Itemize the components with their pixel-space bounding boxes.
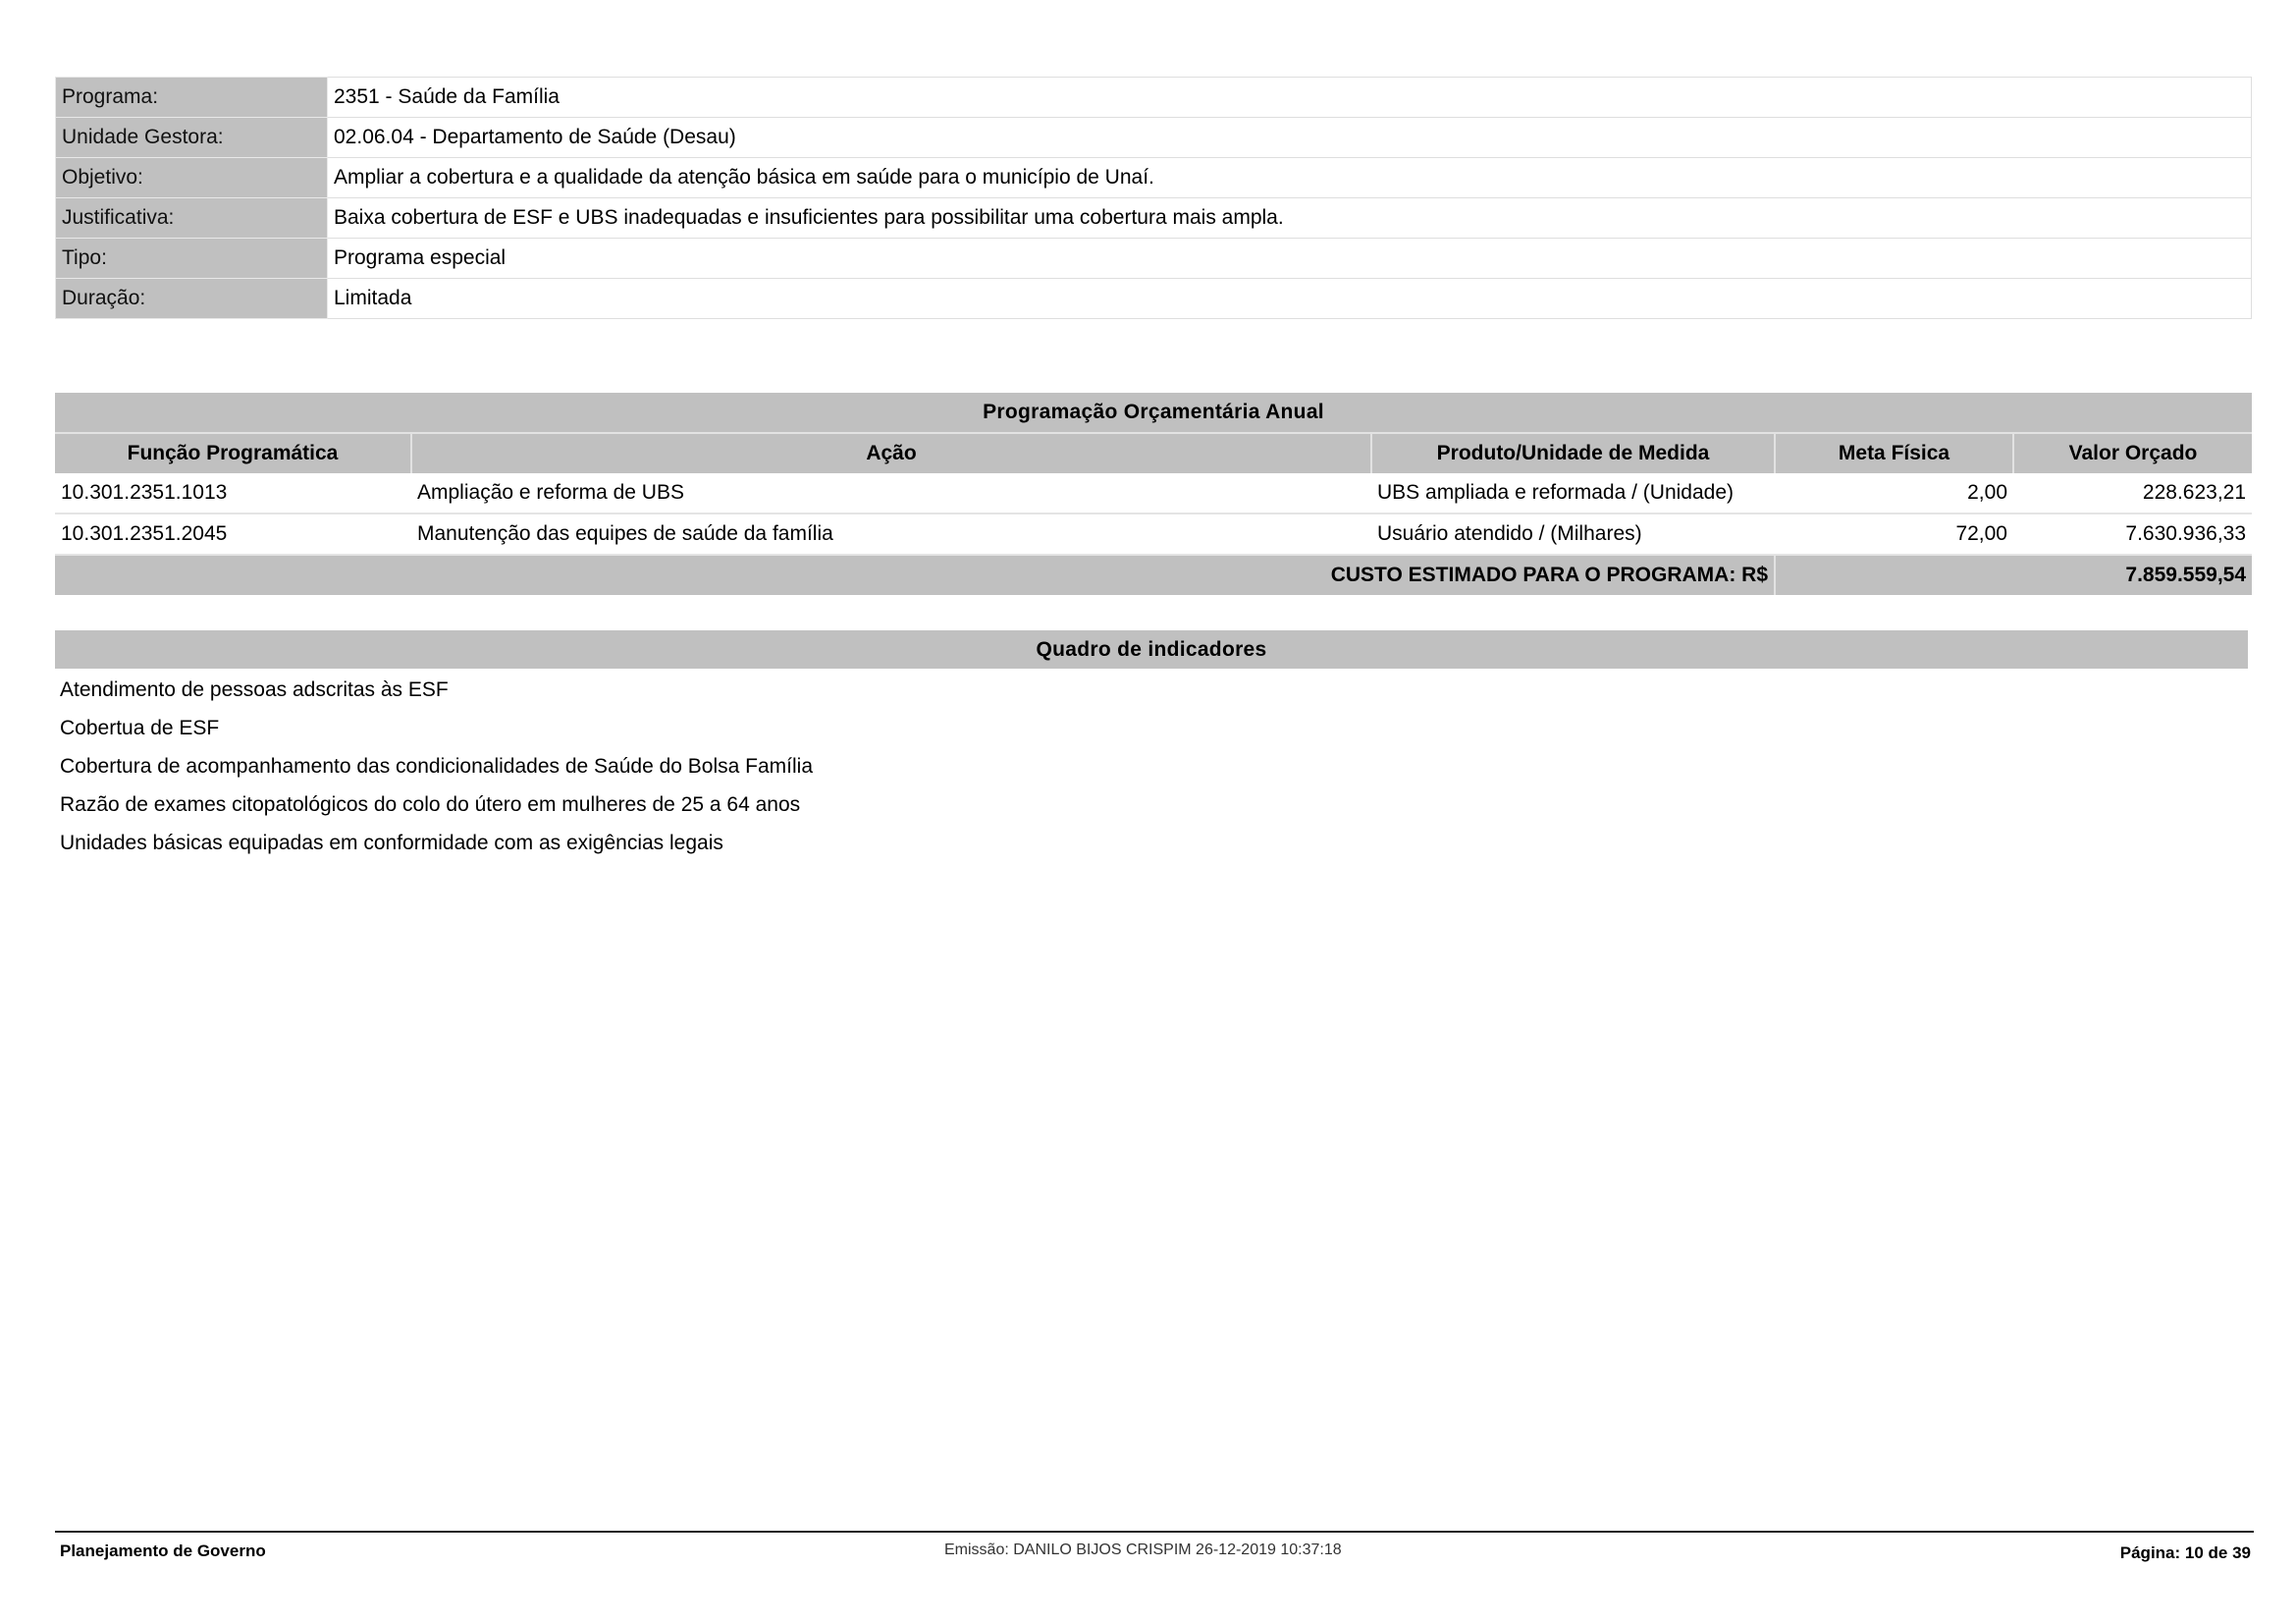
cell-produto: Usuário atendido / (Milhares) bbox=[1371, 514, 1775, 555]
info-row-tipo: Tipo: Programa especial bbox=[56, 239, 2252, 279]
cell-meta: 72,00 bbox=[1775, 514, 2013, 555]
info-value: 02.06.04 - Departamento de Saúde (Desau) bbox=[328, 118, 2252, 158]
budget-table: Programação Orçamentária Anual Função Pr… bbox=[55, 393, 2252, 595]
info-value: Programa especial bbox=[328, 239, 2252, 279]
info-label: Programa: bbox=[56, 78, 328, 118]
cell-acao: Ampliação e reforma de UBS bbox=[411, 473, 1371, 514]
cell-funcao: 10.301.2351.1013 bbox=[55, 473, 411, 514]
info-value: 2351 - Saúde da Família bbox=[328, 78, 2252, 118]
cell-funcao: 10.301.2351.2045 bbox=[55, 514, 411, 555]
page-number: Página: 10 de 39 bbox=[2120, 1543, 2251, 1563]
list-item: Atendimento de pessoas adscritas às ESF bbox=[60, 671, 813, 709]
info-row-objetivo: Objetivo: Ampliar a cobertura e a qualid… bbox=[56, 158, 2252, 198]
indicators-list: Atendimento de pessoas adscritas às ESF … bbox=[60, 671, 813, 862]
cell-acao: Manutenção das equipes de saúde da famíl… bbox=[411, 514, 1371, 555]
cell-meta: 2,00 bbox=[1775, 473, 2013, 514]
info-label: Justificativa: bbox=[56, 198, 328, 239]
info-value: Baixa cobertura de ESF e UBS inadequadas… bbox=[328, 198, 2252, 239]
column-header-acao: Ação bbox=[411, 433, 1371, 473]
list-item: Cobertua de ESF bbox=[60, 709, 813, 747]
info-row-unidade-gestora: Unidade Gestora: 02.06.04 - Departamento… bbox=[56, 118, 2252, 158]
total-spacer bbox=[1775, 555, 2013, 595]
column-header-valor: Valor Orçado bbox=[2013, 433, 2252, 473]
info-value: Limitada bbox=[328, 279, 2252, 319]
footer-divider bbox=[55, 1531, 2254, 1533]
info-row-duracao: Duração: Limitada bbox=[56, 279, 2252, 319]
list-item: Cobertura de acompanhamento das condicio… bbox=[60, 747, 813, 785]
info-value: Ampliar a cobertura e a qualidade da ate… bbox=[328, 158, 2252, 198]
program-info-table: Programa: 2351 - Saúde da Família Unidad… bbox=[55, 77, 2252, 319]
list-item: Razão de exames citopatológicos do colo … bbox=[60, 785, 813, 824]
cell-valor: 228.623,21 bbox=[2013, 473, 2252, 514]
footer-title: Planejamento de Governo bbox=[60, 1542, 266, 1561]
table-row: 10.301.2351.1013 Ampliação e reforma de … bbox=[55, 473, 2252, 514]
info-label: Objetivo: bbox=[56, 158, 328, 198]
table-row: 10.301.2351.2045 Manutenção das equipes … bbox=[55, 514, 2252, 555]
info-row-programa: Programa: 2351 - Saúde da Família bbox=[56, 78, 2252, 118]
cell-produto: UBS ampliada e reformada / (Unidade) bbox=[1371, 473, 1775, 514]
budget-total-row: CUSTO ESTIMADO PARA O PROGRAMA: R$ 7.859… bbox=[55, 555, 2252, 595]
total-label: CUSTO ESTIMADO PARA O PROGRAMA: R$ bbox=[55, 555, 1775, 595]
list-item: Unidades básicas equipadas em conformida… bbox=[60, 824, 813, 862]
budget-table-title: Programação Orçamentária Anual bbox=[55, 393, 2252, 433]
column-header-produto: Produto/Unidade de Medida bbox=[1371, 433, 1775, 473]
column-header-meta: Meta Física bbox=[1775, 433, 2013, 473]
info-label: Tipo: bbox=[56, 239, 328, 279]
budget-header-row: Função Programática Ação Produto/Unidade… bbox=[55, 433, 2252, 473]
footer-emission: Emissão: DANILO BIJOS CRISPIM 26-12-2019… bbox=[944, 1542, 1342, 1559]
info-label: Unidade Gestora: bbox=[56, 118, 328, 158]
total-value: 7.859.559,54 bbox=[2013, 555, 2252, 595]
info-row-justificativa: Justificativa: Baixa cobertura de ESF e … bbox=[56, 198, 2252, 239]
info-label: Duração: bbox=[56, 279, 328, 319]
column-header-funcao: Função Programática bbox=[55, 433, 411, 473]
cell-valor: 7.630.936,33 bbox=[2013, 514, 2252, 555]
indicators-header: Quadro de indicadores bbox=[55, 630, 2248, 669]
